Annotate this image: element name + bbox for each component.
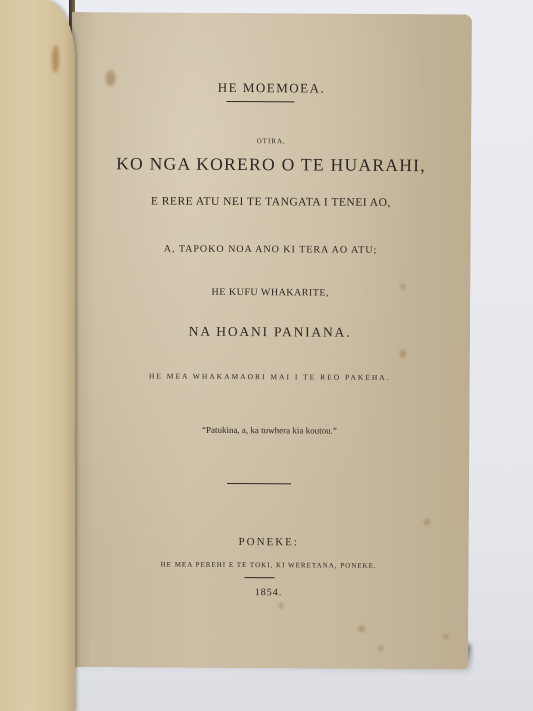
main-title: KO NGA KORERO O TE HUARAHI, [71,153,471,176]
divider-rule [245,577,275,578]
subtitle-line-3: HE KUFU WHAKARITE, [70,286,470,299]
left-facing-page [0,0,75,711]
epigraph: “Patukina, a, ka tuwhera kia koutou.” [69,424,469,436]
divider-rule [227,483,291,484]
subtitle-line-2: A, TAPOKO NOA ANO KI TERA AO ATU; [71,243,471,256]
subtitle-line-1: E RERE ATU NEI TE TANGATA I TENEI AO, [71,195,471,209]
author: NA HOANI PANIANA. [70,323,470,341]
conjunction: OTIRA, [71,136,471,146]
publication-place: PONEKE: [69,535,469,549]
title-page-text: HE MOEMOEA. OTIRA, KO NGA KORERO O TE HU… [68,12,472,669]
book-title: HE MOEMOEA. [71,79,471,97]
publication-year: 1854. [68,586,468,599]
translation-note: HE MEA WHAKAMAORI MAI I TE REO PAKEHA. [70,371,470,382]
printer-line: HE MEA PEREHI E TE TOKI, KI WERETANA, PO… [69,560,469,570]
divider-rule [226,101,294,102]
title-page: HE MOEMOEA. OTIRA, KO NGA KORERO O TE HU… [68,12,472,669]
